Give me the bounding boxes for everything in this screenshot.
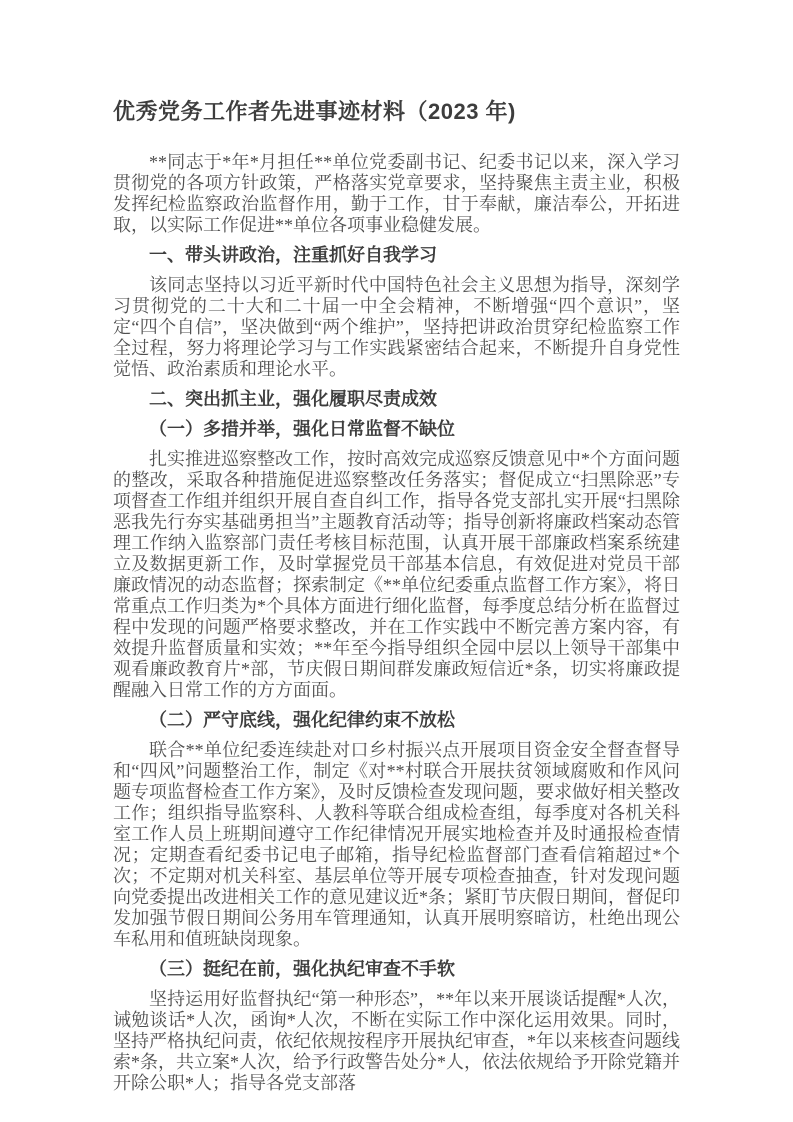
section-2-sub-2-paragraph: 联合**单位纪委连续赴对口乡村振兴点开展项目资金安全督查督导和“四风”问题整治工… — [113, 740, 680, 950]
section-1-paragraph: 该同志坚持以习近平新时代中国特色社会主义思想为指导，深刻学习贯彻党的二十大和二十… — [113, 275, 680, 380]
intro-paragraph: **同志于*年*月担任**单位党委副书记、纪委书记以来，深入学习贯彻党的各项方针… — [113, 152, 680, 236]
section-2-sub-3-heading: （三）挺纪在前，强化执纪审查不手软 — [113, 959, 680, 980]
document-title: 优秀党务工作者先进事迹材料（2023 年) — [113, 97, 680, 127]
section-2-sub-2-heading: （二）严守底线，强化纪律约束不放松 — [113, 710, 680, 731]
section-2-heading: 二、突出抓主业，强化履职尽责成效 — [113, 389, 680, 410]
section-2-sub-3-paragraph: 坚持运用好监督执纪“第一种形态”，**年以来开展谈话提醒*人次，诫勉谈话*人次，… — [113, 989, 680, 1094]
section-2-sub-1-heading: （一）多措并举，强化日常监督不缺位 — [113, 419, 680, 440]
section-2-sub-1-paragraph: 扎实推进巡察整改工作，按时高效完成巡察反馈意见中*个方面问题的整改，采取各种措施… — [113, 449, 680, 701]
document-page: 优秀党务工作者先进事迹材料（2023 年) **同志于*年*月担任**单位党委副… — [0, 0, 793, 1122]
section-1-heading: 一、带头讲政治，注重抓好自我学习 — [113, 245, 680, 266]
